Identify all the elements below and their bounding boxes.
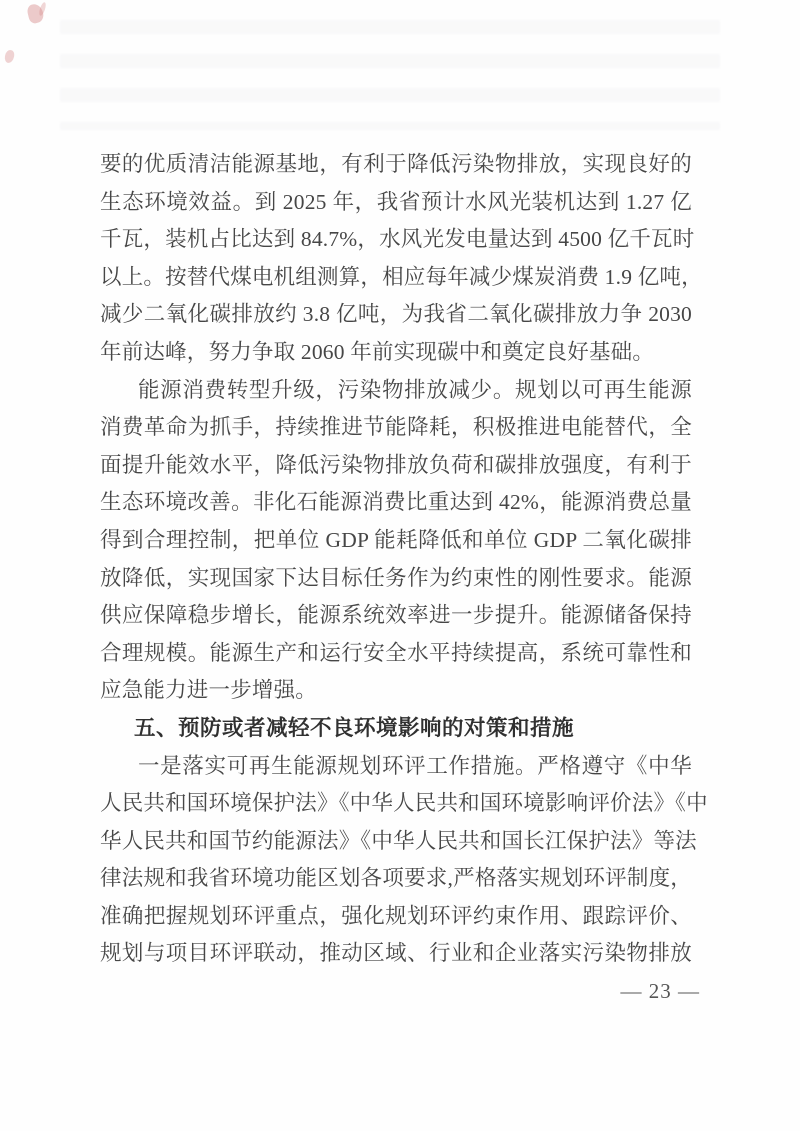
text-line: 合理规模。能源生产和运行安全水平持续提高，系统可靠性和 — [100, 635, 692, 673]
section: 五、预防或者减轻不良环境影响的对策和措施 — [100, 710, 692, 748]
text-line: 规划与项目环评联动，推动区域、行业和企业落实污染物排放 — [100, 935, 692, 973]
text-line: 生态环境改善。非化石能源消费比重达到 42%，能源消费总量 — [100, 484, 692, 522]
text-line: 一是落实可再生能源规划环评工作措施。严格遵守《中华 — [100, 748, 692, 786]
red-ink-mark-top-tail — [38, 2, 47, 17]
text-line: 华人民共和国节约能源法》《中华人民共和国长江保护法》等法 — [100, 823, 692, 861]
text-line: 千瓦，装机占比达到 84.7%，水风光发电量达到 4500 亿千瓦时 — [100, 221, 692, 259]
text-line: 减少二氧化碳排放约 3.8 亿吨，为我省二氧化碳排放力争 2030 — [100, 296, 692, 334]
text-line: 以上。按替代煤电机组测算，相应每年减少煤炭消费 1.9 亿吨， — [100, 259, 692, 297]
text-line: 面提升能效水平，降低污染物排放负荷和碳排放强度，有利于 — [100, 447, 692, 485]
paragraph: 能源消费转型升级，污染物排放减少。规划以可再生能源 消费革命为抓手，持续推进节能… — [100, 372, 692, 710]
paragraph: 一是落实可再生能源规划环评工作措施。严格遵守《中华 人民共和国环境保护法》《中华… — [100, 748, 692, 974]
text-line: 人民共和国环境保护法》《中华人民共和国环境影响评价法》《中 — [100, 785, 692, 823]
text-line: 得到合理控制，把单位 GDP 能耗降低和单位 GDP 二氧化碳排 — [100, 522, 692, 560]
section-heading: 五、预防或者减轻不良环境影响的对策和措施 — [100, 710, 692, 748]
text-line: 应急能力进一步增强。 — [100, 672, 692, 710]
text-line: 生态环境效益。到 2025 年，我省预计水风光装机达到 1.27 亿 — [100, 184, 692, 222]
text-line: 律法规和我省环境功能区划各项要求,严格落实规划环评制度， — [100, 860, 692, 898]
red-ink-mark-left-edge — [4, 49, 15, 63]
text-line: 能源消费转型升级，污染物排放减少。规划以可再生能源 — [100, 372, 692, 410]
page-number: — 23 — — [500, 976, 700, 1006]
text-line: 供应保障稳步增长，能源系统效率进一步提升。能源储备保持 — [100, 597, 692, 635]
scan-bleed-through — [60, 20, 720, 130]
text-line: 放降低，实现国家下达目标任务作为约束性的刚性要求。能源 — [100, 560, 692, 598]
document-page: 要的优质清洁能源基地，有利于降低污染物排放，实现良好的 生态环境效益。到 202… — [0, 0, 800, 1131]
text-line: 准确把握规划环评重点，强化规划环评约束作用、跟踪评价、 — [100, 898, 692, 936]
paragraph-continuation: 要的优质清洁能源基地，有利于降低污染物排放，实现良好的 生态环境效益。到 202… — [100, 146, 692, 372]
text-line: 要的优质清洁能源基地，有利于降低污染物排放，实现良好的 — [100, 146, 692, 184]
text-line: 消费革命为抓手，持续推进节能降耗，积极推进电能替代，全 — [100, 409, 692, 447]
text-line: 年前达峰，努力争取 2060 年前实现碳中和奠定良好基础。 — [100, 334, 692, 372]
body-text: 要的优质清洁能源基地，有利于降低污染物排放，实现良好的 生态环境效益。到 202… — [100, 146, 692, 973]
